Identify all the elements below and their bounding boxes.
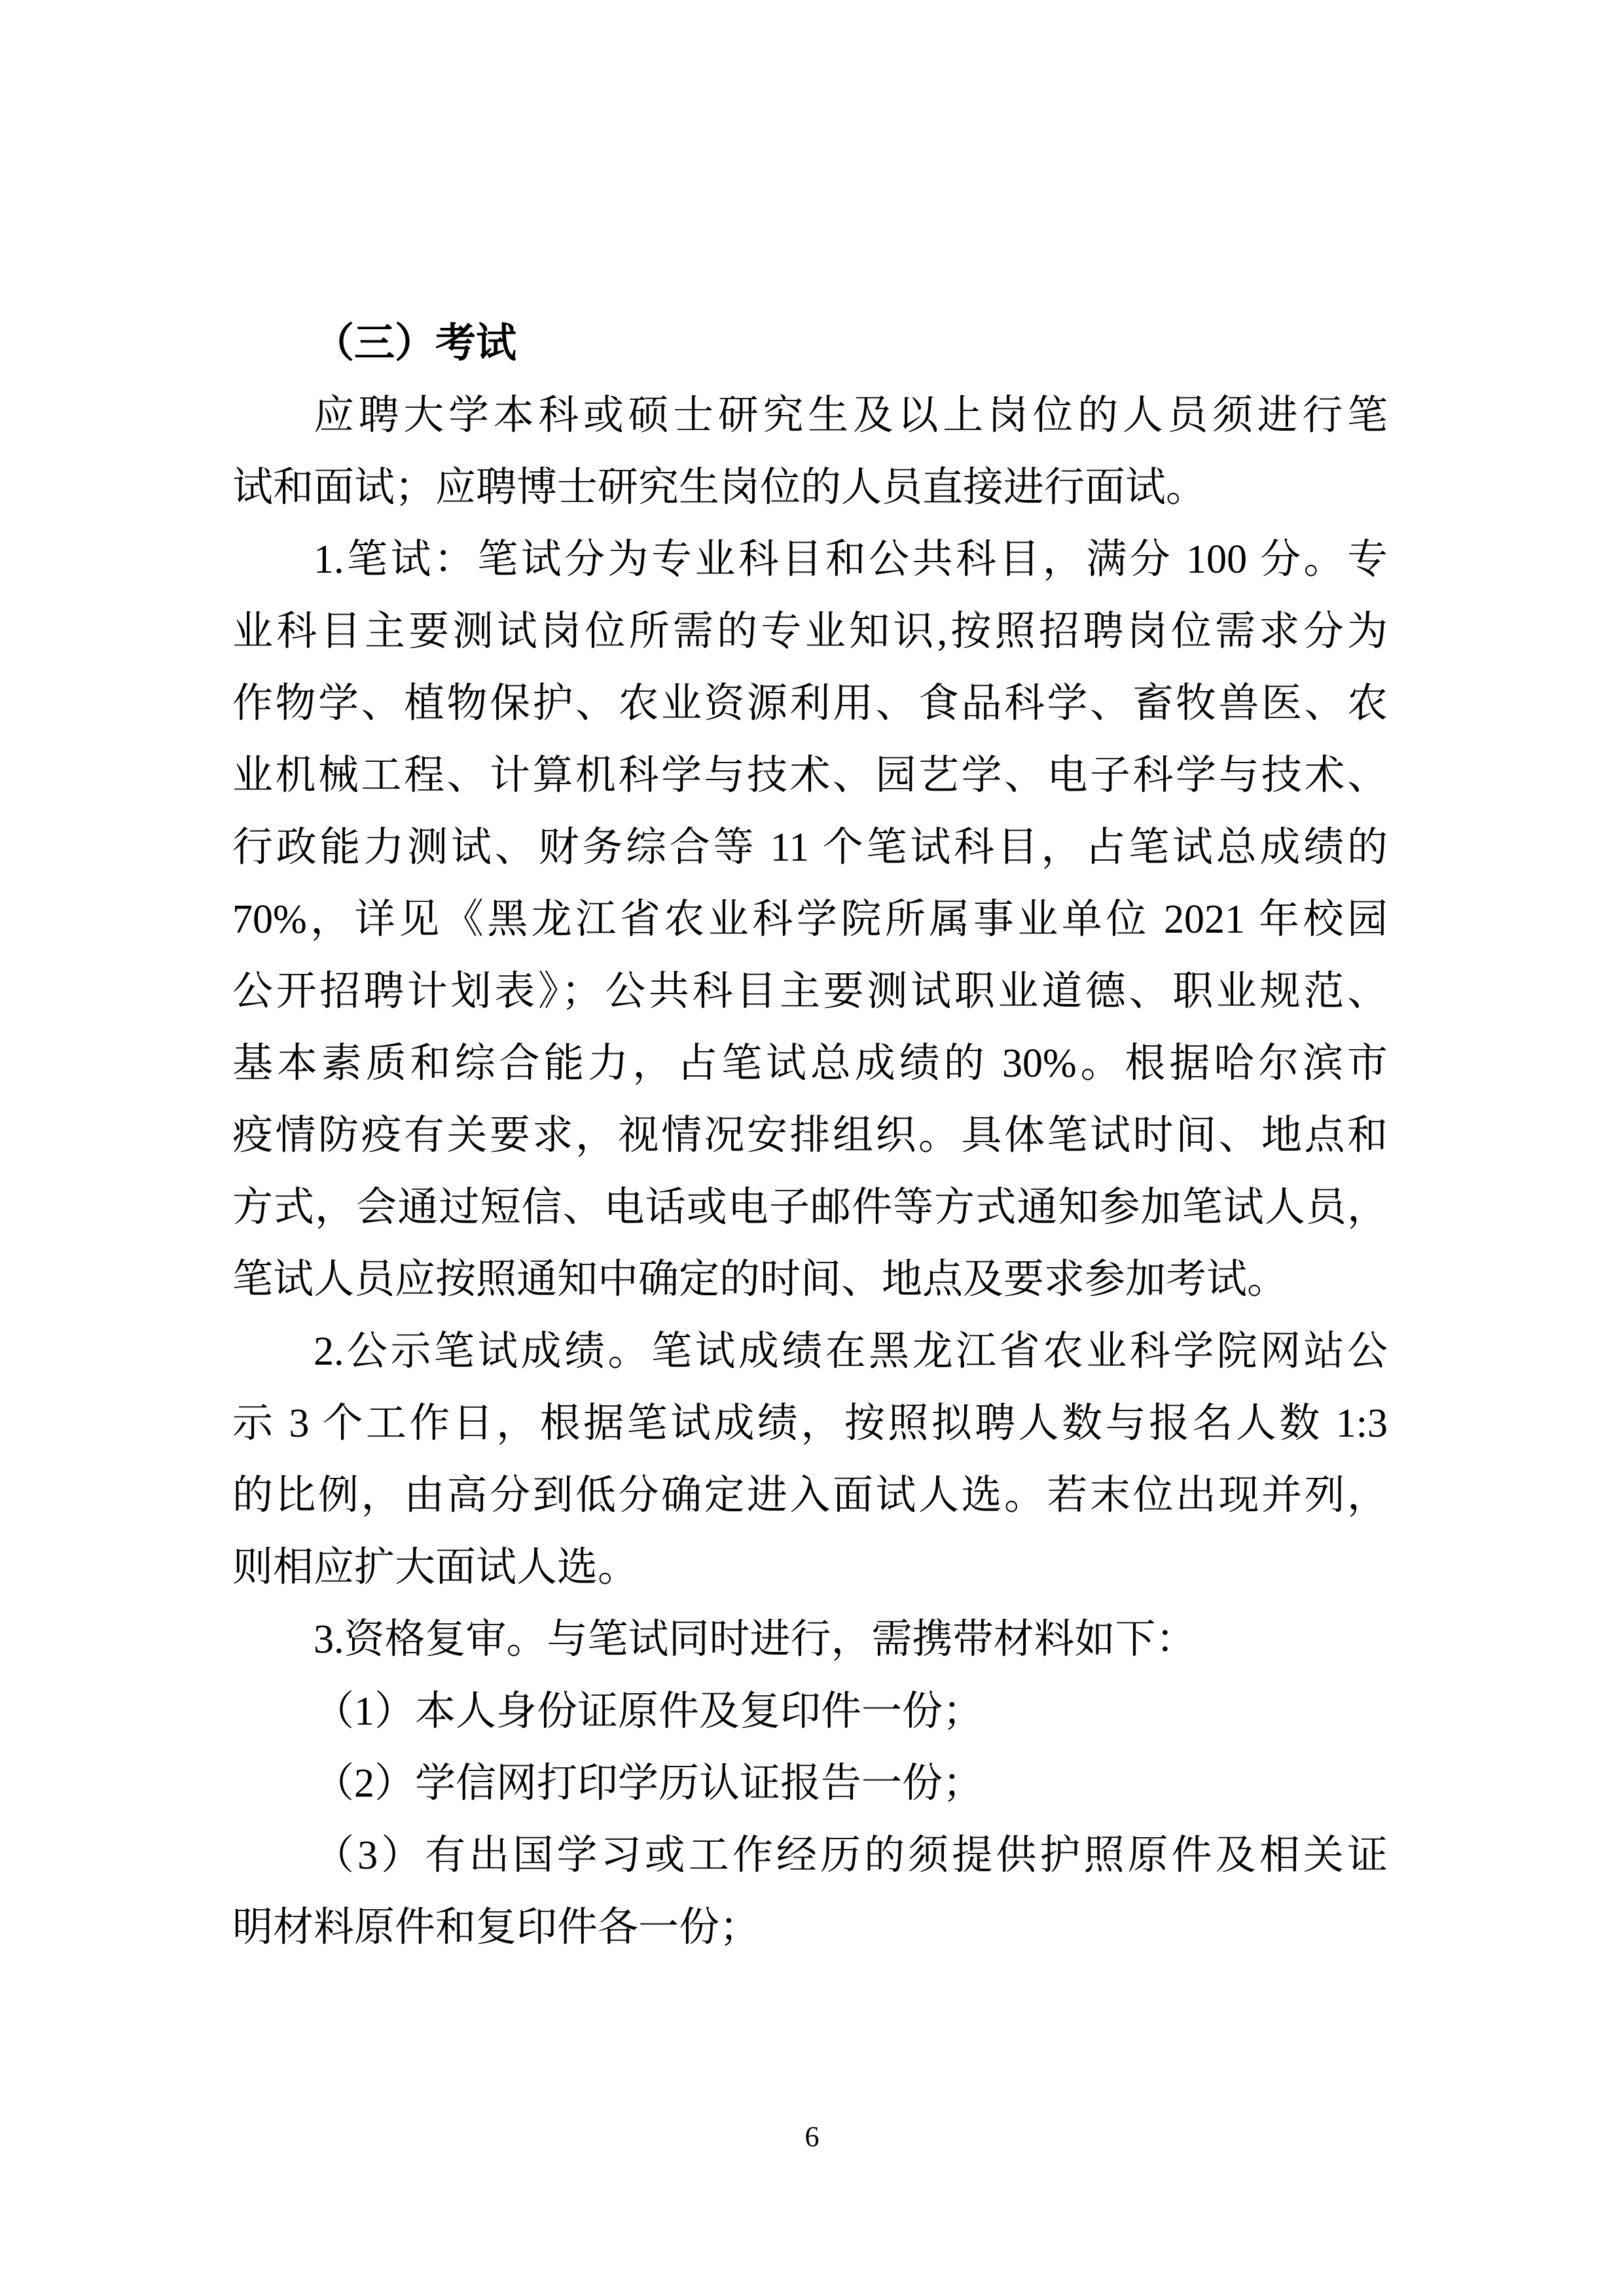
text-line: 2.公示笔试成绩。笔试成绩在黑龙江省农业科学院网站公 [232, 1316, 1388, 1388]
text-line: 3.资格复审。与笔试同时进行，需携带材料如下： [232, 1604, 1388, 1676]
text-line: （2）学信网打印学历认证报告一份； [232, 1748, 1388, 1820]
text-line: 业机械工程、计算机科学与技术、园艺学、电子科学与技术、 [232, 740, 1388, 812]
text-line: 1.笔试：笔试分为专业科目和公共科目，满分 100 分。专 [232, 524, 1388, 596]
text-line: 行政能力测试、财务综合等 11 个笔试科目，占笔试总成绩的 [232, 812, 1388, 884]
text-line: 基本素质和综合能力，占笔试总成绩的 30%。根据哈尔滨市 [232, 1028, 1388, 1100]
section-heading: （三）考试 [232, 308, 1388, 380]
text-line: （3）有出国学习或工作经历的须提供护照原件及相关证 [232, 1820, 1388, 1892]
document-page: （三）考试应聘大学本科或硕士研究生及以上岗位的人员须进行笔试和面试；应聘博士研究… [0, 0, 1624, 2296]
text-line: 业科目主要测试岗位所需的专业知识,按照招聘岗位需求分为 [232, 596, 1388, 668]
text-line: 明材料原件和复印件各一份； [232, 1892, 1388, 1964]
text-line: 示 3 个工作日，根据笔试成绩，按照拟聘人数与报名人数 1:3 [232, 1388, 1388, 1460]
text-line: （1）本人身份证原件及复印件一份； [232, 1676, 1388, 1748]
text-line: 公开招聘计划表》；公共科目主要测试职业道德、职业规范、 [232, 956, 1388, 1028]
page-number: 6 [0, 2123, 1624, 2151]
text-line: 方式，会通过短信、电话或电子邮件等方式通知参加笔试人员， [232, 1172, 1388, 1244]
text-line: 的比例，由高分到低分确定进入面试人选。若末位出现并列， [232, 1460, 1388, 1532]
text-line: 应聘大学本科或硕士研究生及以上岗位的人员须进行笔 [232, 380, 1388, 452]
text-line: 试和面试；应聘博士研究生岗位的人员直接进行面试。 [232, 452, 1388, 524]
text-line: 疫情防疫有关要求，视情况安排组织。具体笔试时间、地点和 [232, 1100, 1388, 1172]
text-line: 笔试人员应按照通知中确定的时间、地点及要求参加考试。 [232, 1244, 1388, 1316]
text-line: 则相应扩大面试人选。 [232, 1532, 1388, 1604]
text-line: 70%，详见《黑龙江省农业科学院所属事业单位 2021 年校园 [232, 884, 1388, 956]
text-line: 作物学、植物保护、农业资源利用、食品科学、畜牧兽医、农 [232, 668, 1388, 740]
document-body: （三）考试应聘大学本科或硕士研究生及以上岗位的人员须进行笔试和面试；应聘博士研究… [232, 308, 1388, 1964]
